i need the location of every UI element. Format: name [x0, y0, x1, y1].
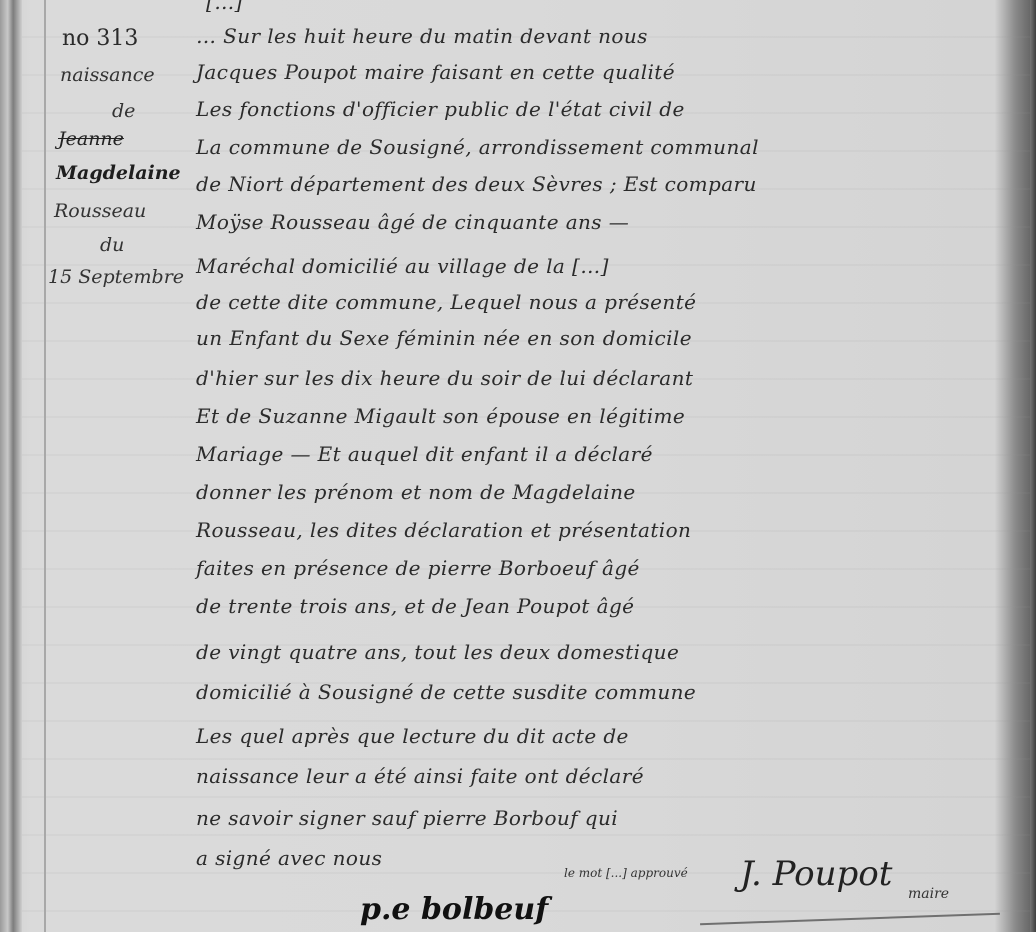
interlinear-approval-note: le mot [...] approuvé	[564, 866, 688, 880]
body-line: un Enfant du Sexe féminin née en son dom…	[196, 326, 692, 350]
mayor-title: maire	[908, 886, 949, 902]
body-line: Rousseau, les dites déclaration et prése…	[196, 518, 691, 542]
entry-number: no 313	[62, 26, 138, 51]
body-line: de trente trois ans, et de Jean Poupot â…	[196, 594, 634, 618]
body-line: de Niort département des deux Sèvres ; E…	[196, 172, 757, 196]
body-line: de vingt quatre ans, tout les deux domes…	[196, 640, 679, 664]
margin-title: naissance	[60, 64, 155, 86]
body-line: La commune de Sousigné, arrondissement c…	[196, 135, 759, 159]
body-line: donner les prénom et nom de Magdelaine	[196, 480, 636, 504]
body-line: d'hier sur les dix heure du soir de lui …	[196, 366, 693, 390]
body-line: naissance leur a été ainsi faite ont déc…	[196, 764, 644, 788]
body-line: Les quel après que lecture du dit acte d…	[196, 724, 629, 748]
body-line: Moÿse Rousseau âgé de cinquante ans —	[196, 210, 629, 234]
margin-last-name: Rousseau	[54, 200, 146, 222]
top-fragment: […]	[206, 0, 243, 14]
margin-du: du	[100, 234, 124, 256]
page-edge	[1030, 0, 1036, 932]
signature-flourish	[700, 913, 1000, 926]
body-line: de cette dite commune, Lequel nous a pré…	[196, 290, 696, 314]
margin-struck-name: Jeanne	[58, 128, 124, 150]
margin-date: 15 Septembre	[48, 266, 184, 288]
body-line: faites en présence de pierre Borboeuf âg…	[196, 556, 640, 580]
body-line: Mariage — Et auquel dit enfant il a décl…	[196, 442, 653, 466]
margin-first-name: Magdelaine	[56, 162, 181, 184]
body-line: Et de Suzanne Migault son épouse en légi…	[196, 404, 685, 428]
body-line: domicilié à Sousigné de cette susdite co…	[196, 680, 696, 704]
margin-rule	[44, 0, 46, 932]
page-binding	[0, 0, 22, 932]
body-line: ne savoir signer sauf pierre Borbouf qui	[196, 806, 618, 830]
register-page: no 313 naissance de Jeanne Magdelaine Ro…	[0, 0, 1036, 932]
mayor-signature: J. Poupot	[740, 854, 892, 894]
margin-de: de	[112, 100, 135, 122]
body-line: Maréchal domicilié au village de la […]	[196, 254, 609, 278]
body-line: Jacques Poupot maire faisant en cette qu…	[196, 60, 675, 84]
body-line: a signé avec nous	[196, 846, 382, 870]
body-line: Les fonctions d'officier public de l'éta…	[196, 97, 685, 121]
body-line: … Sur les huit heure du matin devant nou…	[196, 24, 648, 48]
witness-signature: p.e bolbeuf	[360, 892, 548, 927]
